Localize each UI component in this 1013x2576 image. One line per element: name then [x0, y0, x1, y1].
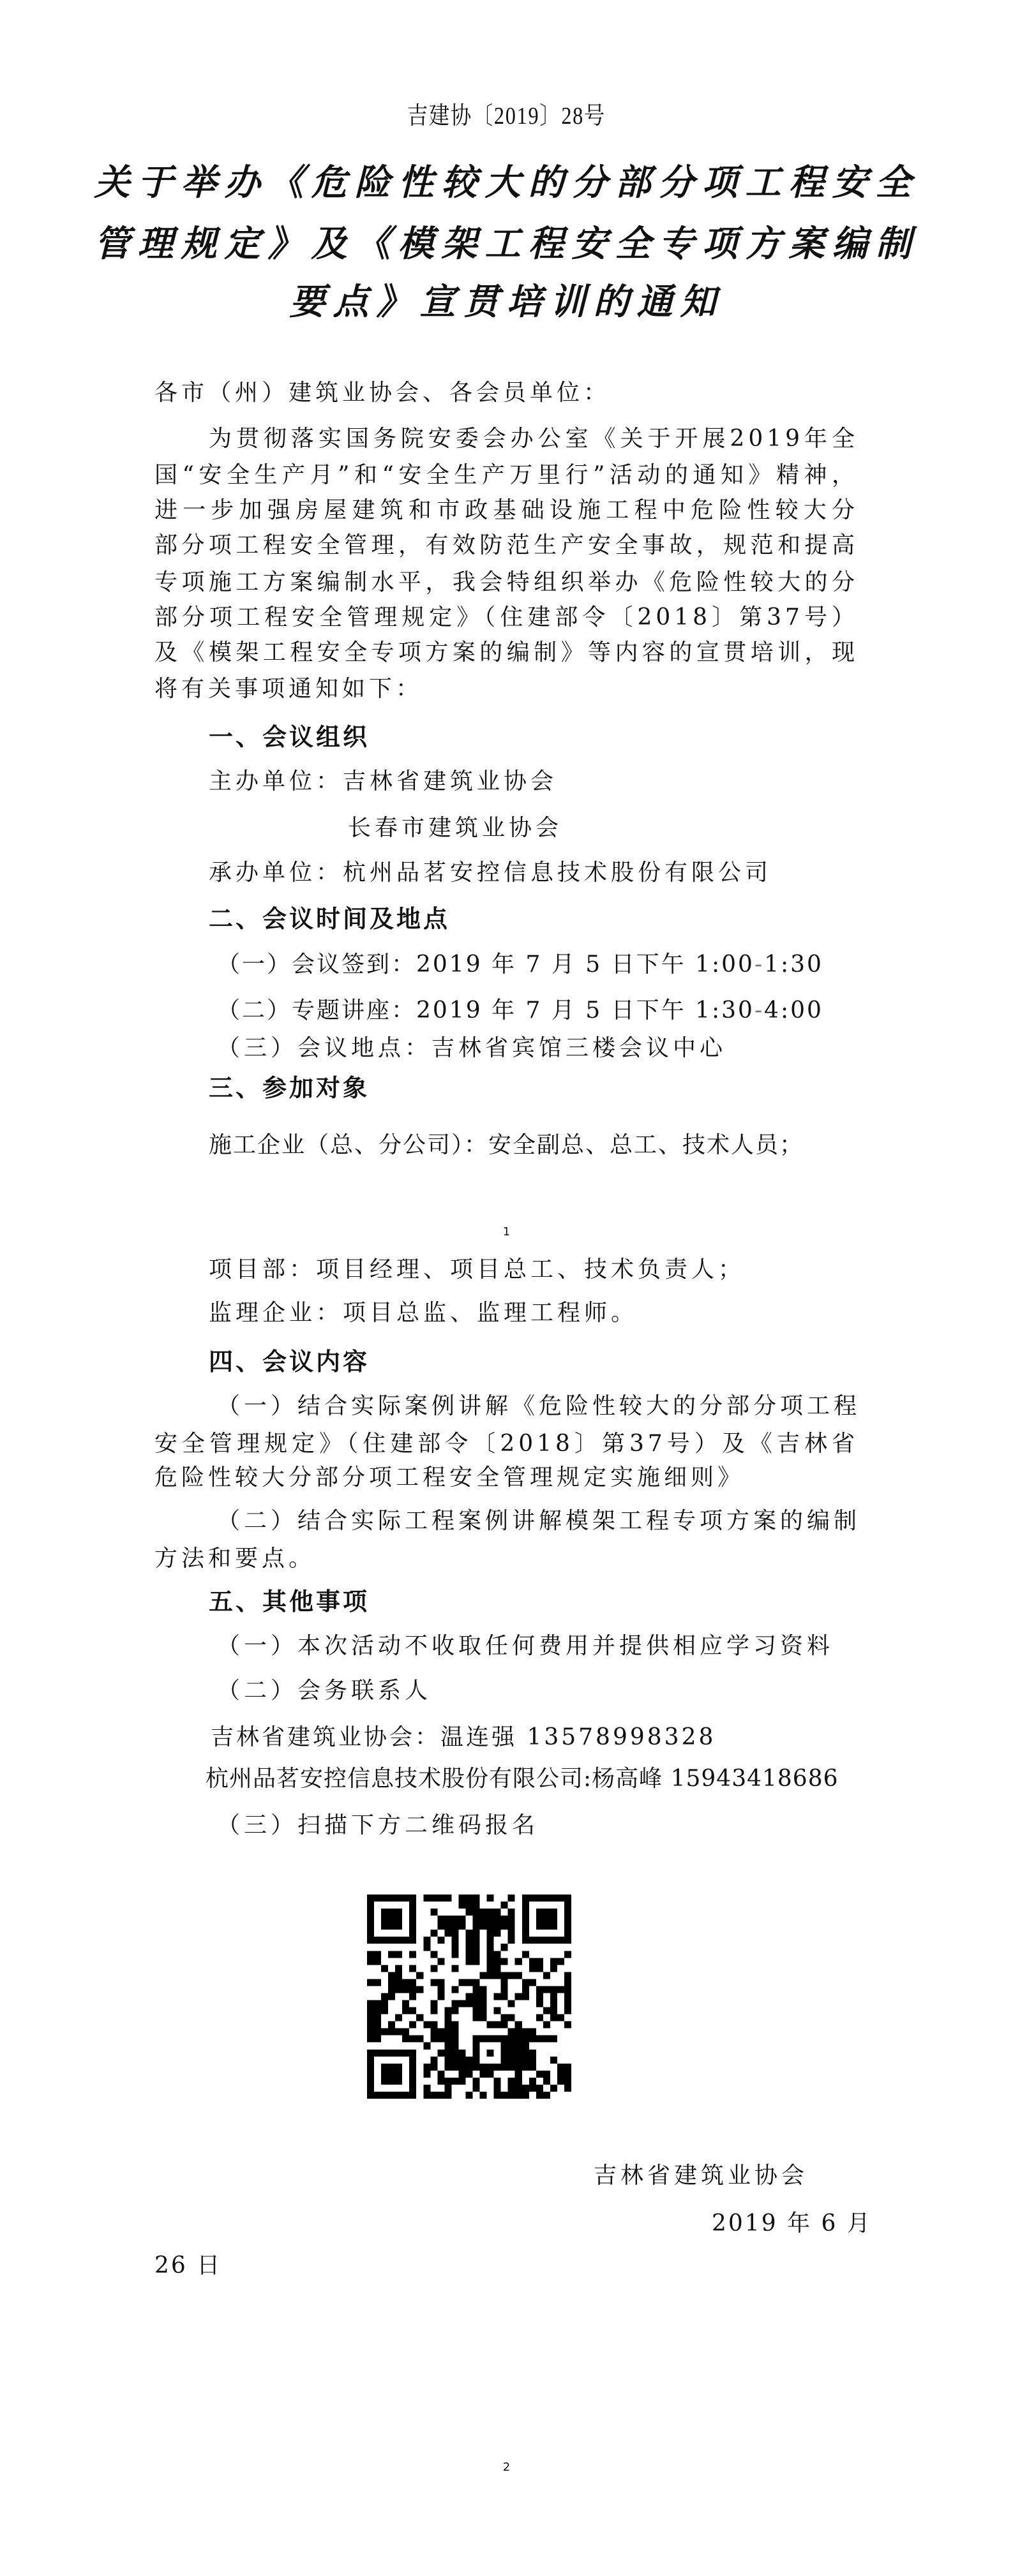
signin-dash: - [754, 951, 764, 978]
title-line-3: 要点》宣贯培训的通知 [0, 284, 1013, 320]
section-heading-2: 二、会议时间及地点 [209, 907, 450, 931]
content-item-2-line: （二）结合实际工程案例讲解模架工程专项方案的编制 [217, 1510, 859, 1533]
document-number: 吉建协〔2019〕28号 [76, 104, 937, 128]
section-heading-1: 一、会议组织 [209, 725, 370, 749]
host-row: 主办单位：吉林省建筑业协会 [209, 770, 557, 793]
signin-end: 1:30 [764, 951, 823, 978]
page-number-2: 2 [0, 2462, 1013, 2473]
signin-text: （一）会议签到：2019 年 7 月 5 日下午 1:00 [217, 951, 754, 978]
registration-qr-code [367, 1895, 571, 2099]
lecture-dash: - [754, 997, 764, 1024]
intro-line: 进一步加强房屋建筑和市政基础设施工程中危险性较大分 [154, 499, 859, 522]
content-item-1-line: （一）结合实际案例讲解《危险性较大的分部分项工程 [217, 1395, 859, 1418]
signature-date-line-2: 26 日 [154, 2254, 221, 2277]
schedule-lecture: （二）专题讲座：2019 年 7 月 5 日下午 1:30-4:00 [217, 999, 823, 1022]
intro-line: 部分项工程安全管理规定》（住建部令〔2018〕第37号） [154, 606, 859, 629]
organizer-row: 承办单位：杭州品茗安控信息技术股份有限公司 [209, 861, 772, 884]
intro-line: 将有关事项通知如下： [154, 678, 423, 701]
schedule-signin: （一）会议签到：2019 年 7 月 5 日下午 1:00-1:30 [217, 953, 823, 976]
salutation: 各市（州）建筑业协会、各会员单位： [154, 382, 610, 405]
attendee-supervision: 监理企业：项目总监、监理工程师。 [209, 1302, 638, 1325]
attendee-construction: 施工企业（总、分公司）：安全副总、总工、技术人员； [209, 1134, 804, 1157]
host-2: 长春市建筑业协会 [348, 817, 562, 840]
venue: （三）会议地点：吉林省宾馆三楼会议中心 [217, 1037, 726, 1060]
other-item-3: （三）扫描下方二维码报名 [217, 1814, 539, 1837]
host-label: 主办单位： [209, 768, 343, 794]
contact-1: 吉林省建筑业协会：温连强 13578998328 [211, 1726, 716, 1749]
page-number-1: 1 [0, 1226, 1013, 1238]
intro-line: 及《模架工程安全专项方案的编制》等内容的宣贯培训，现 [154, 641, 859, 664]
lecture-text: （二）专题讲座：2019 年 7 月 5 日下午 1:30 [217, 997, 754, 1024]
attendee-project: 项目部：项目经理、项目总工、技术负责人； [209, 1258, 745, 1281]
content-item-1-line: 危险性较大分部分项工程安全管理规定实施细则》 [154, 1466, 744, 1489]
organizer: 杭州品茗安控信息技术股份有限公司 [343, 860, 772, 886]
content-item-1-line: 安全管理规定》（住建部令〔2018〕第37号）及《吉林省 [154, 1433, 859, 1456]
signature-date-line-1: 2019 年 6 月 [712, 2212, 872, 2235]
other-item-2: （二）会务联系人 [217, 1679, 431, 1702]
section-heading-4: 四、会议内容 [209, 1350, 370, 1374]
title-line-2: 管理规定》及《模架工程安全专项方案编制 [0, 226, 1013, 262]
other-item-1: （一）本次活动不收取任何费用并提供相应学习资料 [217, 1635, 834, 1658]
title-line-1: 关于举办《危险性较大的分部分项工程安全 [0, 165, 1013, 200]
host-1: 吉林省建筑业协会 [343, 768, 557, 794]
intro-line: 部分项工程安全管理，有效防范生产安全事故，规范和提高 [154, 534, 859, 557]
signature-org: 吉林省建筑业协会 [594, 2164, 808, 2187]
lecture-end: 4:00 [764, 997, 823, 1024]
content-item-2-line: 方法和要点。 [154, 1547, 315, 1570]
intro-line: 专项施工方案编制水平，我会特组织举办《危险性较大的分 [154, 571, 859, 594]
intro-line: 国“安全生产月”和“安全生产万里行”活动的通知》精神， [154, 464, 859, 487]
organizer-label: 承办单位： [209, 860, 343, 886]
section-heading-3: 三、参加对象 [209, 1076, 370, 1100]
section-heading-5: 五、其他事项 [209, 1590, 370, 1614]
contact-2: 杭州品茗安控信息技术股份有限公司:杨高峰 15943418686 [206, 1768, 839, 1791]
intro-line: 为贯彻落实国务院安委会办公室《关于开展2019年全 [209, 428, 859, 450]
